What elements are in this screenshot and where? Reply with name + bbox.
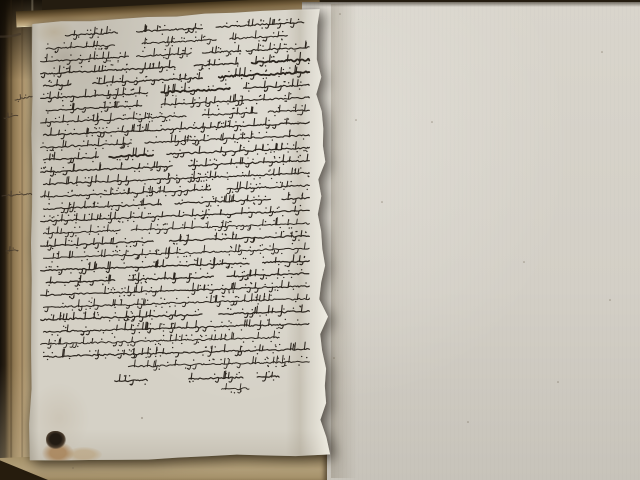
text-line — [44, 218, 310, 239]
text-line — [44, 243, 310, 262]
text-line — [41, 130, 310, 151]
text-line — [41, 231, 310, 250]
speck — [209, 339, 211, 341]
ink-stain — [46, 431, 66, 449]
left-page — [26, 4, 338, 476]
text-line — [46, 93, 309, 114]
text-line — [46, 31, 287, 53]
text-line — [44, 293, 310, 311]
text-line — [44, 142, 310, 163]
speck — [69, 209, 71, 211]
speck — [247, 157, 249, 159]
text-line — [41, 79, 310, 102]
speck — [141, 417, 143, 419]
colophon-line — [222, 384, 249, 393]
colophon-line — [115, 371, 279, 385]
speck — [175, 95, 177, 97]
text-line — [41, 52, 310, 77]
speck — [117, 61, 119, 63]
text-line — [41, 154, 310, 176]
text-line — [44, 319, 309, 335]
page-edges-top — [16, 0, 320, 27]
text-line — [41, 181, 310, 199]
book-edge-pages — [0, 0, 42, 480]
text-line — [44, 66, 310, 90]
text-line — [41, 331, 280, 348]
text-line — [44, 167, 310, 186]
text-line — [41, 281, 310, 299]
speck — [91, 297, 93, 299]
manuscript-photo — [0, 0, 640, 480]
speck — [297, 121, 299, 123]
text-line — [46, 269, 309, 286]
under-page-edge — [0, 444, 327, 480]
text-line — [41, 104, 310, 126]
gutter-shadow — [331, 4, 357, 478]
text-line — [41, 206, 310, 225]
text-line — [41, 305, 310, 321]
text-line — [44, 118, 310, 139]
text-line — [41, 41, 309, 64]
text-line — [41, 255, 310, 275]
text-line — [44, 192, 310, 213]
text-line — [44, 342, 310, 359]
gray-smudge — [38, 36, 90, 78]
handwriting-svg — [26, 4, 338, 476]
text-line — [128, 355, 309, 370]
